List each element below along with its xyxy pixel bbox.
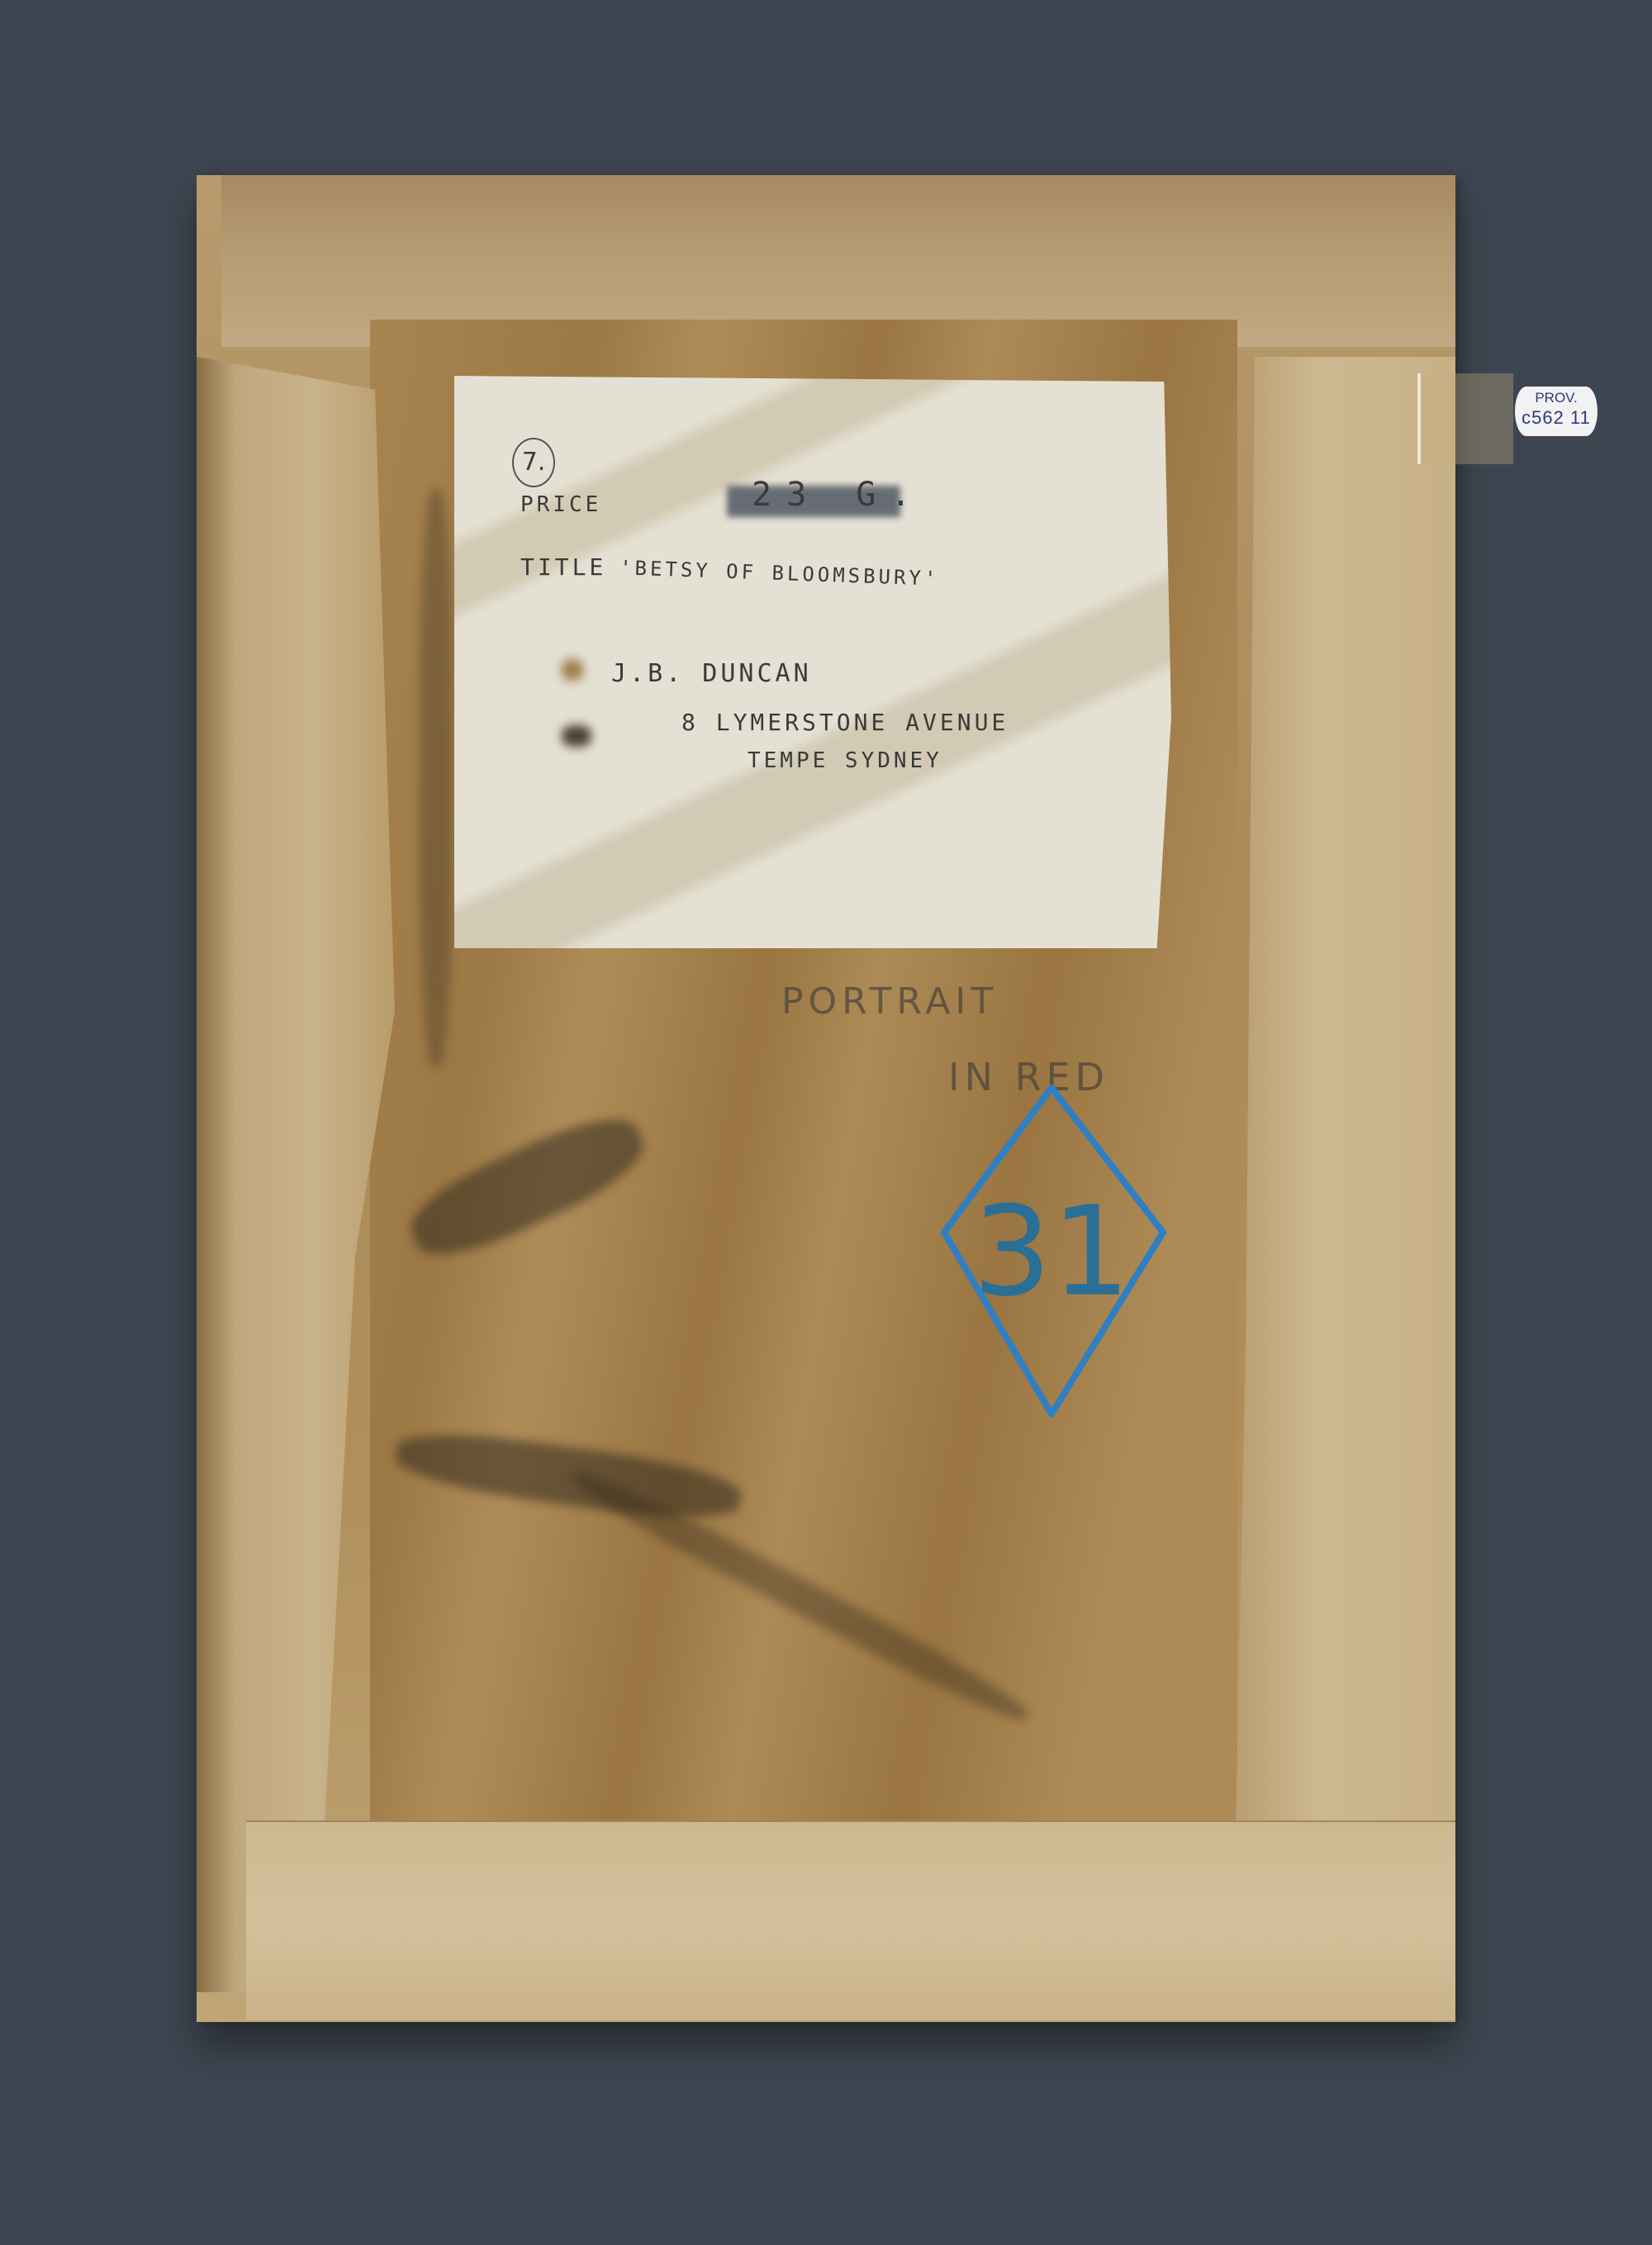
provenance-price-tag: PROV. c562 11	[1515, 387, 1597, 436]
right-paper-tape	[1232, 357, 1455, 1992]
stain-spot	[562, 659, 583, 681]
artist-name: J.B. DUNCAN	[611, 659, 812, 688]
stain-spot	[562, 725, 591, 747]
address-line-1: 8 LYMERSTONE AVENUE	[681, 709, 1009, 736]
price-tag-line2: c562 11	[1515, 406, 1597, 430]
cellophane-patch	[1417, 373, 1513, 464]
bottom-paper-tape	[246, 1820, 1455, 2020]
address-line-2: TEMPE SYDNEY	[748, 748, 942, 773]
blue-crayon-diamond-icon: 31	[928, 1080, 1175, 1426]
price-tag-line1: PROV.	[1515, 387, 1597, 406]
dark-stain	[420, 489, 453, 1067]
title-label: TITLE	[520, 553, 606, 581]
exhibition-label: 7. PRICE 23 G. TITLE 'BETSY OF BLOOMSBUR…	[454, 370, 1171, 948]
price-label: PRICE	[520, 492, 601, 517]
left-paper-tape	[197, 357, 395, 1992]
painting-back-board: PROV. c562 11 7. PRICE 23 G. TITLE 'BETS…	[197, 175, 1455, 2022]
pencil-inscription-line1: PORTRAIT	[781, 980, 998, 1023]
crayon-number: 31	[973, 1180, 1131, 1324]
price-value: 23 G.	[752, 476, 925, 514]
lot-number-circle: 7.	[512, 438, 555, 487]
title-value: 'BETSY OF BLOOMSBURY'	[619, 556, 940, 591]
